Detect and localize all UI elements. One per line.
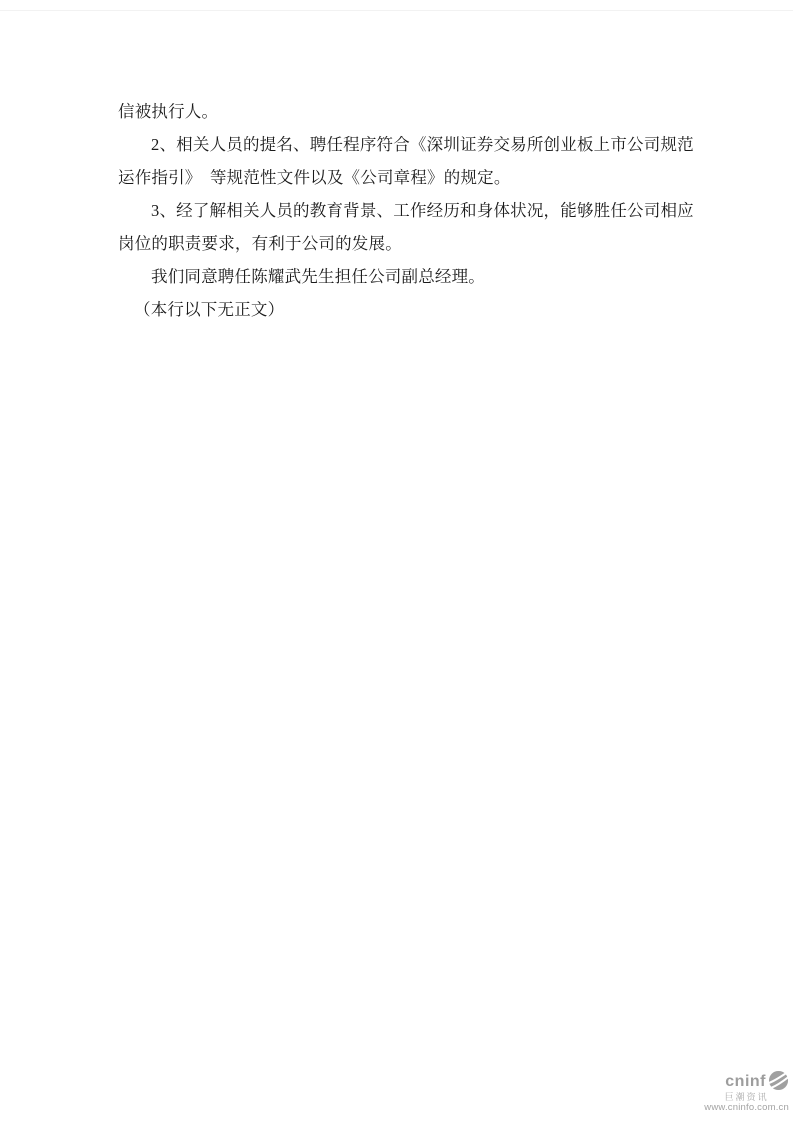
cninfo-logo-text: cninf [725,1072,766,1092]
document-line: 运作指引》 等规范性文件以及《公司章程》的规定。 [118,161,680,194]
document-line: 3、经了解相关人员的教育背景、工作经历和身体状况，能够胜任公司相应 [118,194,680,227]
cninfo-url: www.cninfo.com.cn [704,1102,789,1114]
document-line: 岗位的职责要求，有利于公司的发展。 [118,227,680,260]
document-page: 信被执行人。 2、相关人员的提名、聘任程序符合《深圳证券交易所创业板上市公司规范… [0,0,793,1122]
cninfo-watermark: cninf 巨潮资讯 www.cninfo.com.cn [704,1071,789,1114]
document-body: 信被执行人。 2、相关人员的提名、聘任程序符合《深圳证券交易所创业板上市公司规范… [118,95,680,326]
document-line: 我们同意聘任陈耀武先生担任公司副总经理。 [118,260,680,293]
document-line: （本行以下无正文） [118,293,680,326]
cninfo-logo-row: cninf [704,1071,789,1093]
cninfo-swirl-icon [768,1070,789,1091]
cninfo-chinese-name: 巨潮资讯 [704,1092,789,1102]
page-top-edge [0,10,793,11]
document-line: 信被执行人。 [118,95,680,128]
document-line: 2、相关人员的提名、聘任程序符合《深圳证券交易所创业板上市公司规范 [118,128,680,161]
